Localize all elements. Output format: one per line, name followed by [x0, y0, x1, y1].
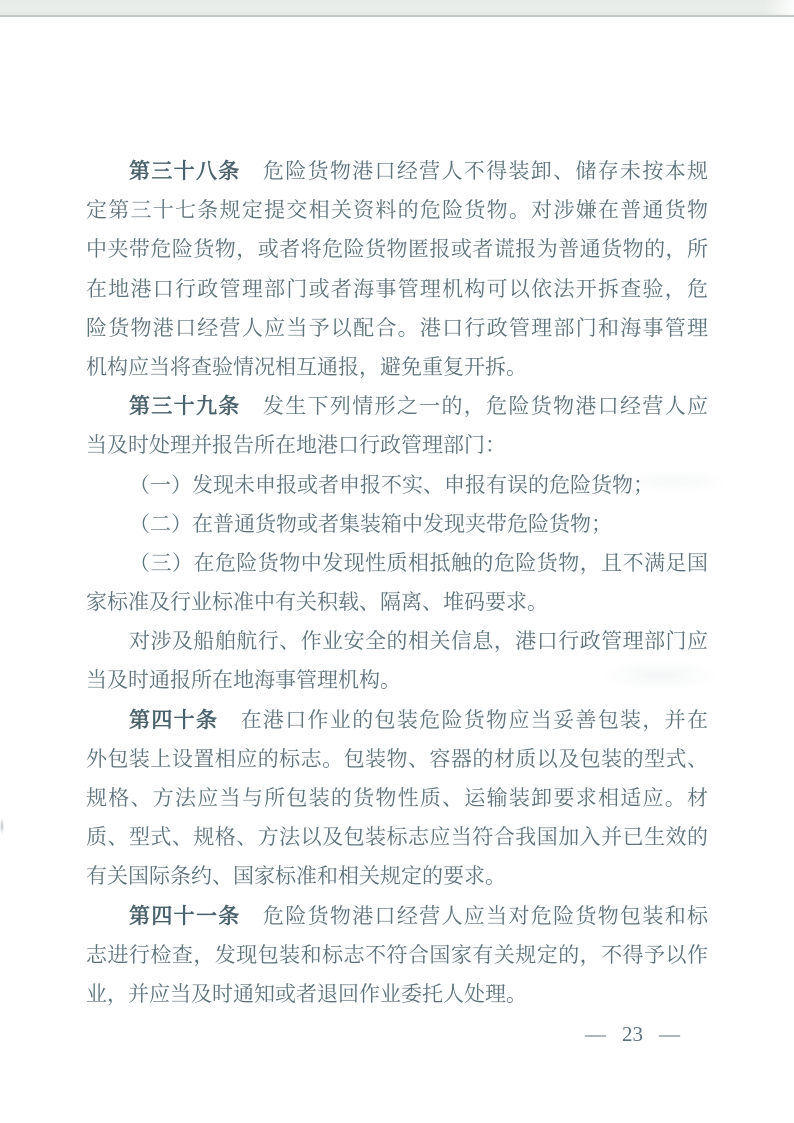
text-line: （二）在普通货物或者集装箱中发现夹带危险货物；	[86, 505, 708, 544]
text-segment: 危险货物港口经营人应当对危险货物包装和标	[241, 904, 708, 928]
page-number-dash-left: —	[585, 1022, 606, 1047]
article-number: 第四十条	[129, 708, 218, 732]
text-line: 对涉及船舶航行、作业安全的相关信息，港口行政管理部门应	[86, 622, 708, 661]
text-line: 第三十九条 发生下列情形之一的，危险货物港口经营人应	[86, 387, 708, 426]
text-line: 外包装上设置相应的标志。包装物、容器的材质以及包装的型式、	[86, 740, 708, 779]
text-segment: 当及时通报所在地海事管理机构。	[86, 668, 401, 692]
text-line: （一）发现未申报或者申报不实、申报有误的危险货物；	[86, 466, 708, 505]
text-segment: （三）在危险货物中发现性质相抵触的危险货物，且不满足国	[129, 551, 708, 575]
text-line: 定第三十七条规定提交相关资料的危险货物。对涉嫌在普通货物	[86, 191, 708, 230]
article-number: 第四十一条	[129, 904, 241, 928]
document-body: 第三十八条 危险货物港口经营人不得装卸、储存未按本规定第三十七条规定提交相关资料…	[86, 152, 708, 1014]
text-segment: 业，并应当及时通知或者退回作业委托人处理。	[86, 982, 527, 1006]
text-line: 当及时处理并报告所在地港口行政管理部门：	[86, 426, 708, 465]
text-line: 第四十一条 危险货物港口经营人应当对危险货物包装和标	[86, 897, 708, 936]
text-line: 在地港口行政管理部门或者海事管理机构可以依法开拆查验，危	[86, 270, 708, 309]
scan-speck	[0, 818, 4, 834]
text-segment: 志进行检查，发现包装和标志不符合国家有关规定的，不得予以作	[86, 943, 708, 967]
text-segment: 家标准及行业标准中有关积载、隔离、堆码要求。	[86, 590, 548, 614]
text-segment: 定第三十七条规定提交相关资料的危险货物。对涉嫌在普通货物	[86, 198, 708, 222]
text-line: 当及时通报所在地海事管理机构。	[86, 661, 708, 700]
text-segment: 对涉及船舶航行、作业安全的相关信息，港口行政管理部门应	[129, 629, 708, 653]
text-segment: 发生下列情形之一的，危险货物港口经营人应	[241, 394, 708, 418]
text-line: 第三十八条 危险货物港口经营人不得装卸、储存未按本规	[86, 152, 708, 191]
page-number: — 23 —	[585, 1022, 680, 1047]
text-line: 质、型式、规格、方法以及包装标志应当符合我国加入并已生效的	[86, 818, 708, 857]
text-segment: 在港口作业的包装危险货物应当妥善包装，并在	[218, 708, 708, 732]
text-segment: 危险货物港口经营人不得装卸、储存未按本规	[241, 159, 708, 183]
text-line: （三）在危险货物中发现性质相抵触的危险货物，且不满足国	[86, 544, 708, 583]
text-line: 中夹带危险货物，或者将危险货物匿报或者谎报为普通货物的，所	[86, 230, 708, 269]
page-number-value: 23	[622, 1022, 643, 1047]
text-segment: （二）在普通货物或者集装箱中发现夹带危险货物；	[129, 512, 612, 536]
scan-edge-artifact	[0, 0, 794, 17]
text-segment: 有关国际条约、国家标准和相关规定的要求。	[86, 864, 506, 888]
text-segment: 机构应当将查验情况相互通报，避免重复开拆。	[86, 355, 527, 379]
text-segment: 中夹带危险货物，或者将危险货物匿报或者谎报为普通货物的，所	[86, 237, 708, 261]
text-line: 志进行检查，发现包装和标志不符合国家有关规定的，不得予以作	[86, 936, 708, 975]
text-segment: 规格、方法应当与所包装的货物性质、运输装卸要求相适应。材	[86, 786, 708, 810]
text-line: 有关国际条约、国家标准和相关规定的要求。	[86, 857, 708, 896]
text-line: 第四十条 在港口作业的包装危险货物应当妥善包装，并在	[86, 701, 708, 740]
page-number-dash-right: —	[659, 1022, 680, 1047]
article-number: 第三十八条	[129, 159, 241, 183]
text-line: 家标准及行业标准中有关积载、隔离、堆码要求。	[86, 583, 708, 622]
text-segment: 当及时处理并报告所在地港口行政管理部门：	[86, 433, 506, 457]
text-segment: （一）发现未申报或者申报不实、申报有误的危险货物；	[129, 473, 654, 497]
text-line: 规格、方法应当与所包装的货物性质、运输装卸要求相适应。材	[86, 779, 708, 818]
text-segment: 险货物港口经营人应当予以配合。港口行政管理部门和海事管理	[86, 316, 708, 340]
text-line: 业，并应当及时通知或者退回作业委托人处理。	[86, 975, 708, 1014]
text-segment: 质、型式、规格、方法以及包装标志应当符合我国加入并已生效的	[86, 825, 708, 849]
article-number: 第三十九条	[129, 394, 241, 418]
text-line: 险货物港口经营人应当予以配合。港口行政管理部门和海事管理	[86, 309, 708, 348]
text-line: 机构应当将查验情况相互通报，避免重复开拆。	[86, 348, 708, 387]
text-segment: 在地港口行政管理部门或者海事管理机构可以依法开拆查验，危	[86, 277, 708, 301]
text-segment: 外包装上设置相应的标志。包装物、容器的材质以及包装的型式、	[86, 747, 708, 771]
